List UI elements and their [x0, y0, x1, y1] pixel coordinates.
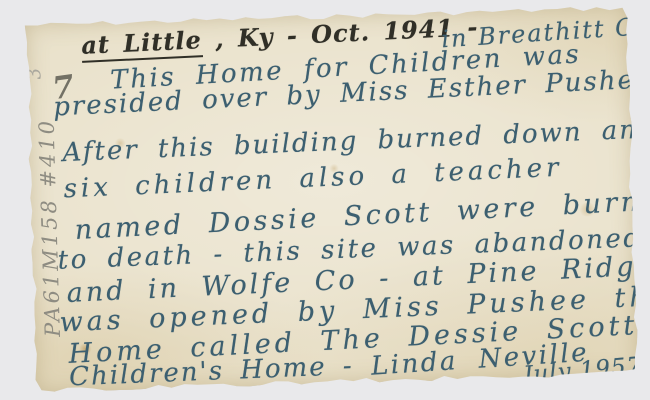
photo-back-card: at Little , Ky - Oct. 1941 - in Breathit… — [25, 5, 640, 393]
scan-background: at Little , Ky - Oct. 1941 - in Breathit… — [0, 0, 650, 400]
heading-location: at Little — [81, 25, 203, 63]
pencil-mark-three: 3 — [23, 66, 46, 81]
archive-number: PA61M158 #410 — [34, 97, 68, 358]
pencil-mark-seven: 7 — [50, 69, 76, 108]
